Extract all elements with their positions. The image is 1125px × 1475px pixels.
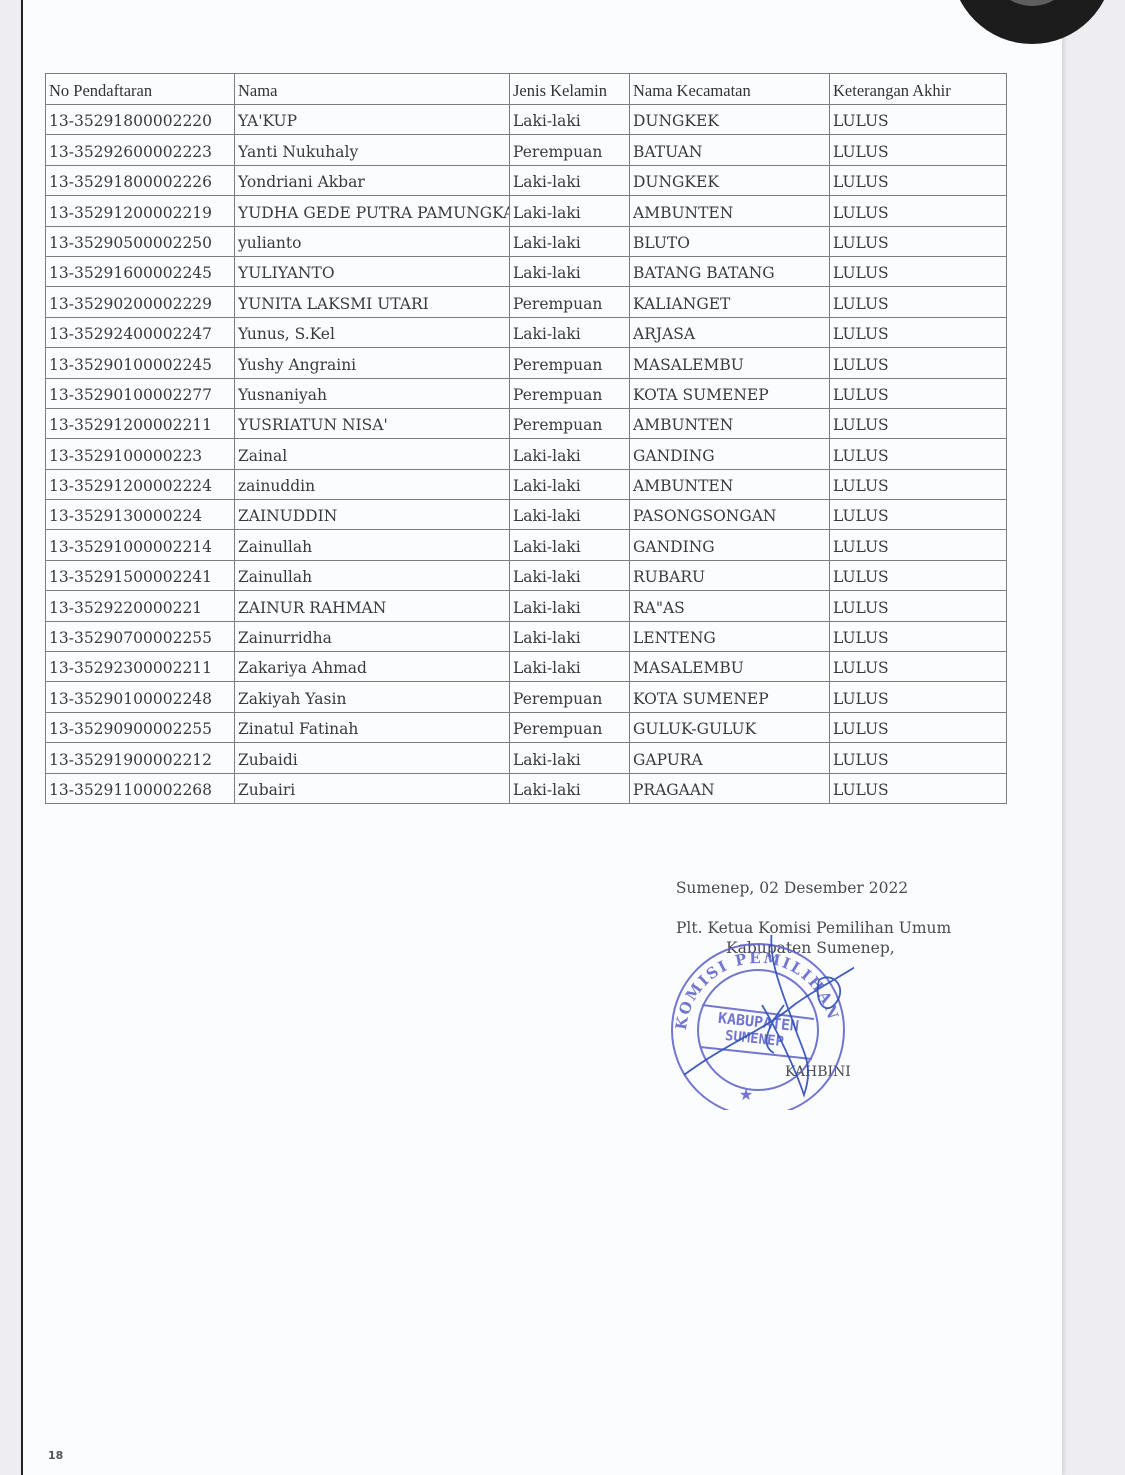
cell-nama-kecamatan: AMBUNTEN	[630, 469, 830, 499]
cell-jenis-kelamin: Laki-laki	[510, 530, 630, 560]
cell-keterangan-akhir: LULUS	[830, 712, 1007, 742]
table-row: 13-35292600002223Yanti NukuhalyPerempuan…	[46, 135, 1007, 165]
cell-nama-kecamatan: LENTENG	[630, 621, 830, 651]
table-row: 13-35290700002255ZainurridhaLaki-lakiLEN…	[46, 621, 1007, 651]
cell-nama: Zakiyah Yasin	[235, 682, 510, 712]
cell-keterangan-akhir: LULUS	[830, 500, 1007, 530]
table-row: 13-35292300002211Zakariya AhmadLaki-laki…	[46, 652, 1007, 682]
table-header-row: No Pendaftaran Nama Jenis Kelamin Nama K…	[46, 74, 1007, 105]
cell-nama: Yusnaniyah	[235, 378, 510, 408]
cell-nama: Zainullah	[235, 560, 510, 590]
cell-jenis-kelamin: Laki-laki	[510, 317, 630, 347]
cell-no-pendaftaran: 13-3529220000221	[46, 591, 235, 621]
cell-keterangan-akhir: LULUS	[830, 287, 1007, 317]
cell-keterangan-akhir: LULUS	[830, 256, 1007, 286]
cell-nama: Zinatul Fatinah	[235, 712, 510, 742]
cell-no-pendaftaran: 13-35290700002255	[46, 621, 235, 651]
table-row: 13-35291900002212ZubaidiLaki-lakiGAPURAL…	[46, 743, 1007, 773]
cell-jenis-kelamin: Perempuan	[510, 712, 630, 742]
cell-no-pendaftaran: 13-3529100000223	[46, 439, 235, 469]
table-row: 13-35291800002226Yondriani AkbarLaki-lak…	[46, 165, 1007, 195]
cell-nama-kecamatan: DUNGKEK	[630, 105, 830, 135]
cell-nama: Zubaidi	[235, 743, 510, 773]
cell-jenis-kelamin: Laki-laki	[510, 621, 630, 651]
cell-keterangan-akhir: LULUS	[830, 378, 1007, 408]
cell-nama: Zainurridha	[235, 621, 510, 651]
cell-no-pendaftaran: 13-35291600002245	[46, 256, 235, 286]
cell-jenis-kelamin: Perempuan	[510, 287, 630, 317]
cell-nama: Yunus, S.Kel	[235, 317, 510, 347]
cell-nama-kecamatan: PASONGSONGAN	[630, 500, 830, 530]
table-row: 13-35290100002245Yushy AngrainiPerempuan…	[46, 348, 1007, 378]
cell-keterangan-akhir: LULUS	[830, 317, 1007, 347]
cell-no-pendaftaran: 13-3529130000224	[46, 500, 235, 530]
signature-date: Sumenep, 02 Desember 2022	[642, 879, 942, 897]
cell-keterangan-akhir: LULUS	[830, 408, 1007, 438]
cell-keterangan-akhir: LULUS	[830, 773, 1007, 803]
cell-jenis-kelamin: Laki-laki	[510, 226, 630, 256]
cell-jenis-kelamin: Laki-laki	[510, 652, 630, 682]
cell-no-pendaftaran: 13-35291500002241	[46, 560, 235, 590]
cell-no-pendaftaran: 13-35292400002247	[46, 317, 235, 347]
cell-nama: Zakariya Ahmad	[235, 652, 510, 682]
cell-keterangan-akhir: LULUS	[830, 105, 1007, 135]
document-page: No Pendaftaran Nama Jenis Kelamin Nama K…	[21, 0, 1062, 1475]
cell-nama-kecamatan: PRAGAAN	[630, 773, 830, 803]
cell-nama-kecamatan: KOTA SUMENEP	[630, 378, 830, 408]
cell-no-pendaftaran: 13-35291200002219	[46, 196, 235, 226]
cell-jenis-kelamin: Perempuan	[510, 348, 630, 378]
table-row: 13-35291200002224zainuddinLaki-lakiAMBUN…	[46, 469, 1007, 499]
cell-nama-kecamatan: AMBUNTEN	[630, 408, 830, 438]
cell-jenis-kelamin: Perempuan	[510, 135, 630, 165]
cell-keterangan-akhir: LULUS	[830, 743, 1007, 773]
cell-nama: Zainullah	[235, 530, 510, 560]
cell-keterangan-akhir: LULUS	[830, 652, 1007, 682]
cell-jenis-kelamin: Perempuan	[510, 408, 630, 438]
cell-jenis-kelamin: Laki-laki	[510, 165, 630, 195]
cell-no-pendaftaran: 13-35290200002229	[46, 287, 235, 317]
table-row: 13-3529220000221ZAINUR RAHMANLaki-lakiRA…	[46, 591, 1007, 621]
table-row: 13-35291600002245YULIYANTOLaki-lakiBATAN…	[46, 256, 1007, 286]
page-number: 18	[48, 1449, 63, 1462]
cell-nama-kecamatan: GANDING	[630, 530, 830, 560]
cell-keterangan-akhir: LULUS	[830, 682, 1007, 712]
cell-nama-kecamatan: RUBARU	[630, 560, 830, 590]
cell-nama-kecamatan: MASALEMBU	[630, 652, 830, 682]
cell-nama-kecamatan: AMBUNTEN	[630, 196, 830, 226]
table-row: 13-35292400002247Yunus, S.KelLaki-lakiAR…	[46, 317, 1007, 347]
cell-keterangan-akhir: LULUS	[830, 439, 1007, 469]
results-table: No Pendaftaran Nama Jenis Kelamin Nama K…	[45, 73, 1007, 804]
cell-no-pendaftaran: 13-35291900002212	[46, 743, 235, 773]
cell-nama: zainuddin	[235, 469, 510, 499]
table-row: 13-35291000002214ZainullahLaki-lakiGANDI…	[46, 530, 1007, 560]
cell-nama-kecamatan: KOTA SUMENEP	[630, 682, 830, 712]
header-nama-kecamatan: Nama Kecamatan	[630, 74, 830, 105]
table-body: 13-35291800002220YA'KUPLaki-lakiDUNGKEKL…	[46, 105, 1007, 804]
svg-text:★: ★	[739, 1085, 753, 1104]
cell-jenis-kelamin: Laki-laki	[510, 591, 630, 621]
table-row: 13-35290100002277YusnaniyahPerempuanKOTA…	[46, 378, 1007, 408]
cell-no-pendaftaran: 13-35290900002255	[46, 712, 235, 742]
cell-jenis-kelamin: Perempuan	[510, 682, 630, 712]
cell-jenis-kelamin: Laki-laki	[510, 500, 630, 530]
table-row: 13-3529130000224ZAINUDDINLaki-lakiPASONG…	[46, 500, 1007, 530]
cell-jenis-kelamin: Laki-laki	[510, 439, 630, 469]
header-keterangan-akhir: Keterangan Akhir	[830, 74, 1007, 105]
cell-nama: YUDHA GEDE PUTRA PAMUNGKA	[235, 196, 510, 226]
cell-keterangan-akhir: LULUS	[830, 348, 1007, 378]
table-row: 13-35290500002250yuliantoLaki-lakiBLUTOL…	[46, 226, 1007, 256]
cell-jenis-kelamin: Laki-laki	[510, 256, 630, 286]
cell-jenis-kelamin: Laki-laki	[510, 196, 630, 226]
header-no-pendaftaran: No Pendaftaran	[46, 74, 235, 105]
table-row: 13-35290200002229YUNITA LAKSMI UTARIPere…	[46, 287, 1007, 317]
cell-no-pendaftaran: 13-35292300002211	[46, 652, 235, 682]
cell-jenis-kelamin: Perempuan	[510, 378, 630, 408]
cell-nama: YUNITA LAKSMI UTARI	[235, 287, 510, 317]
cell-nama-kecamatan: BATUAN	[630, 135, 830, 165]
cell-jenis-kelamin: Laki-laki	[510, 105, 630, 135]
table-row: 13-35291200002211YUSRIATUN NISA'Perempua…	[46, 408, 1007, 438]
cell-nama-kecamatan: GULUK-GULUK	[630, 712, 830, 742]
cell-no-pendaftaran: 13-35291200002211	[46, 408, 235, 438]
header-nama: Nama	[235, 74, 510, 105]
cell-keterangan-akhir: LULUS	[830, 196, 1007, 226]
cell-keterangan-akhir: LULUS	[830, 469, 1007, 499]
cell-nama: YUSRIATUN NISA'	[235, 408, 510, 438]
cell-keterangan-akhir: LULUS	[830, 560, 1007, 590]
cell-nama: ZAINUR RAHMAN	[235, 591, 510, 621]
table-row: 13-35291200002219YUDHA GEDE PUTRA PAMUNG…	[46, 196, 1007, 226]
cell-keterangan-akhir: LULUS	[830, 591, 1007, 621]
cell-keterangan-akhir: LULUS	[830, 226, 1007, 256]
cell-no-pendaftaran: 13-35291000002214	[46, 530, 235, 560]
cell-jenis-kelamin: Laki-laki	[510, 773, 630, 803]
cell-nama: Zainal	[235, 439, 510, 469]
cell-nama: yulianto	[235, 226, 510, 256]
cell-keterangan-akhir: LULUS	[830, 135, 1007, 165]
cell-nama: Yanti Nukuhaly	[235, 135, 510, 165]
table-row: 13-35291500002241ZainullahLaki-lakiRUBAR…	[46, 560, 1007, 590]
cell-jenis-kelamin: Laki-laki	[510, 469, 630, 499]
cell-no-pendaftaran: 13-35290100002277	[46, 378, 235, 408]
cell-nama: Zubairi	[235, 773, 510, 803]
cell-nama: ZAINUDDIN	[235, 500, 510, 530]
cell-nama-kecamatan: BATANG BATANG	[630, 256, 830, 286]
table-row: 13-3529100000223ZainalLaki-lakiGANDINGLU…	[46, 439, 1007, 469]
cell-nama-kecamatan: GANDING	[630, 439, 830, 469]
cell-jenis-kelamin: Laki-laki	[510, 743, 630, 773]
official-stamp-icon: KOMISI PEMILIHAN UMUM KABUPATEN KABUPATE…	[664, 935, 854, 1110]
cell-nama-kecamatan: MASALEMBU	[630, 348, 830, 378]
cell-nama-kecamatan: KALIANGET	[630, 287, 830, 317]
cell-no-pendaftaran: 13-35290100002248	[46, 682, 235, 712]
cell-keterangan-akhir: LULUS	[830, 530, 1007, 560]
table-row: 13-35290900002255Zinatul FatinahPerempua…	[46, 712, 1007, 742]
cell-jenis-kelamin: Laki-laki	[510, 560, 630, 590]
cell-nama-kecamatan: RA"AS	[630, 591, 830, 621]
cell-keterangan-akhir: LULUS	[830, 165, 1007, 195]
table-row: 13-35291800002220YA'KUPLaki-lakiDUNGKEKL…	[46, 105, 1007, 135]
cell-nama-kecamatan: ARJASA	[630, 317, 830, 347]
cell-nama: YA'KUP	[235, 105, 510, 135]
cell-nama-kecamatan: DUNGKEK	[630, 165, 830, 195]
table-row: 13-35290100002248Zakiyah YasinPerempuanK…	[46, 682, 1007, 712]
cell-no-pendaftaran: 13-35291200002224	[46, 469, 235, 499]
cell-no-pendaftaran: 13-35290500002250	[46, 226, 235, 256]
cell-nama: Yondriani Akbar	[235, 165, 510, 195]
cell-no-pendaftaran: 13-35291100002268	[46, 773, 235, 803]
header-jenis-kelamin: Jenis Kelamin	[510, 74, 630, 105]
cell-keterangan-akhir: LULUS	[830, 621, 1007, 651]
cell-no-pendaftaran: 13-35292600002223	[46, 135, 235, 165]
cell-no-pendaftaran: 13-35290100002245	[46, 348, 235, 378]
cell-no-pendaftaran: 13-35291800002220	[46, 105, 235, 135]
cell-nama-kecamatan: BLUTO	[630, 226, 830, 256]
cell-nama: Yushy Angraini	[235, 348, 510, 378]
table-row: 13-35291100002268ZubairiLaki-lakiPRAGAAN…	[46, 773, 1007, 803]
cell-nama: YULIYANTO	[235, 256, 510, 286]
cell-no-pendaftaran: 13-35291800002226	[46, 165, 235, 195]
cell-nama-kecamatan: GAPURA	[630, 743, 830, 773]
camera-cutout	[951, 0, 1113, 44]
